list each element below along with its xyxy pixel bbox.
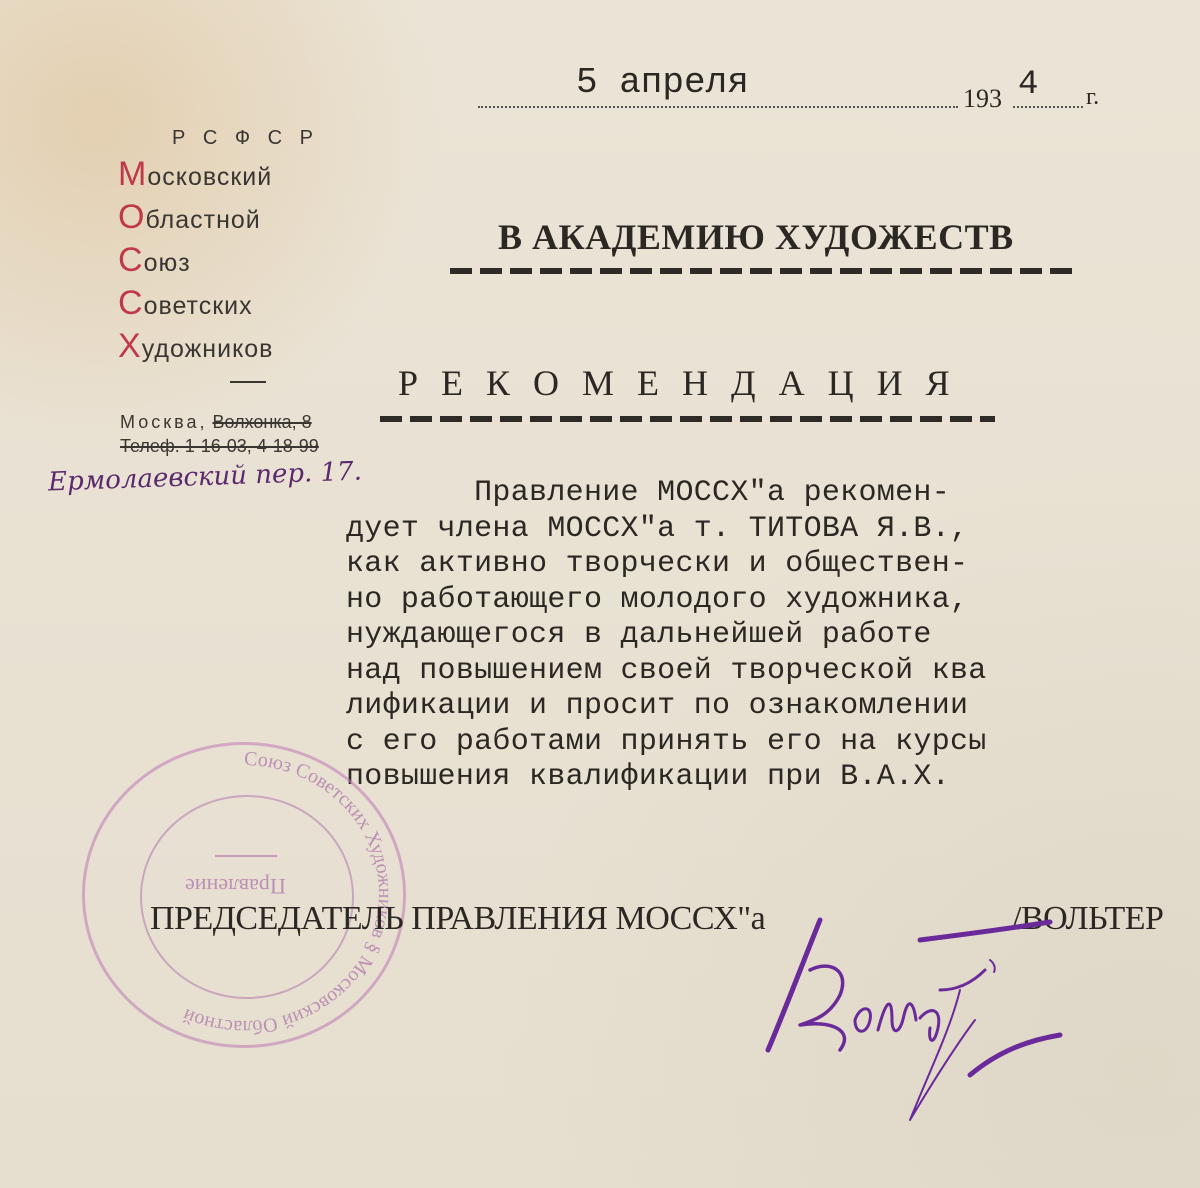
letterhead-initial: С: [118, 284, 144, 322]
letterhead-initial: О: [118, 198, 145, 236]
letterhead-word: осковский: [147, 163, 272, 191]
letterhead-initial: М: [118, 155, 147, 193]
body-line: с его работами принять его на курсы: [346, 725, 987, 761]
letterhead-initial: С: [118, 241, 144, 279]
body-text: Правление МОССХ"а рекомен- дует члена МО…: [346, 476, 987, 796]
body-line: нуждающегося в дальнейшей работе: [346, 618, 987, 654]
date-line: 5 апреля 193 4 г.: [478, 62, 1118, 112]
year-dotted-rule: [1013, 106, 1083, 108]
body-line: лификации и просит по ознакомлении: [346, 689, 987, 725]
addressee: В АКАДЕМИЮ ХУДОЖЕСТВ: [498, 216, 1014, 258]
address-line: Москва, Волхонка, 8: [120, 410, 319, 434]
body-line: но работающего молодого художника,: [346, 583, 987, 619]
stamp-ring-text: Союз Советских Художников § Московский О…: [85, 745, 403, 1045]
letterhead-line-moskovsky: Московский: [118, 154, 378, 197]
addressee-rule: [450, 268, 1075, 274]
date-year-abbrev: г.: [1086, 84, 1099, 111]
letterhead: Р С Ф С Р Московский Областной Союз Сове…: [118, 122, 378, 383]
letterhead-word: бластной: [145, 206, 260, 234]
letterhead-line-sovetskikh: Советских: [118, 283, 378, 326]
letterhead-word: оветских: [144, 292, 253, 320]
letterhead-line-oblastnoy: Областной: [118, 197, 378, 240]
letterhead-divider: [230, 381, 266, 383]
body-line: повышения квалификации при В.А.Х.: [346, 760, 987, 796]
letterhead-republic: Р С Ф С Р: [172, 122, 378, 154]
address-city: Москва,: [120, 412, 207, 432]
date-year-suffix: 4: [1018, 66, 1038, 104]
handwritten-address: Ермолаевский пер. 17.: [48, 457, 363, 498]
body-line: над повышением своей творческой ква: [346, 654, 987, 690]
body-line: Правление МОССХ"а рекомен-: [346, 476, 987, 512]
title-rule: [380, 416, 995, 422]
svg-text:Союз Советских Художников § Мо: Союз Советских Художников § Московский О…: [179, 748, 396, 1038]
letterhead-line-khudozhnikov: Художников: [118, 326, 378, 369]
address-old-street: Волхонка, 8: [212, 412, 311, 432]
letterhead-initial: Х: [118, 327, 142, 365]
letterhead-word: удожников: [142, 335, 274, 363]
letterhead-word: оюз: [144, 249, 191, 277]
address-old-phone: Телеф. 1-16-03, 4-18-99: [120, 434, 319, 458]
date-dotted-rule: [478, 106, 958, 108]
body-line: как активно творчески и обществен-: [346, 547, 987, 583]
stamp-ring-textpath: Союз Советских Художников § Московский О…: [179, 748, 396, 1038]
date-year-prefix: 193: [963, 84, 1002, 114]
document-title: Р Е К О М Е Н Д А Ц И Я: [398, 362, 957, 404]
official-stamp: Правление Союз Советских Художников § Мо…: [82, 742, 406, 1048]
letterhead-line-soyuz: Союз: [118, 240, 378, 283]
signatory-position: ПРЕДСЕДАТЕЛЬ ПРАВЛЕНИЯ МОССХ"а: [150, 900, 765, 938]
address-block: Москва, Волхонка, 8 Телеф. 1-16-03, 4-18…: [120, 410, 319, 458]
body-line: дует члена МОССХ"а т. ТИТОВА Я.В.,: [346, 512, 987, 548]
date-day-month: 5 апреля: [576, 62, 749, 103]
handwritten-signature: [760, 900, 1090, 1130]
